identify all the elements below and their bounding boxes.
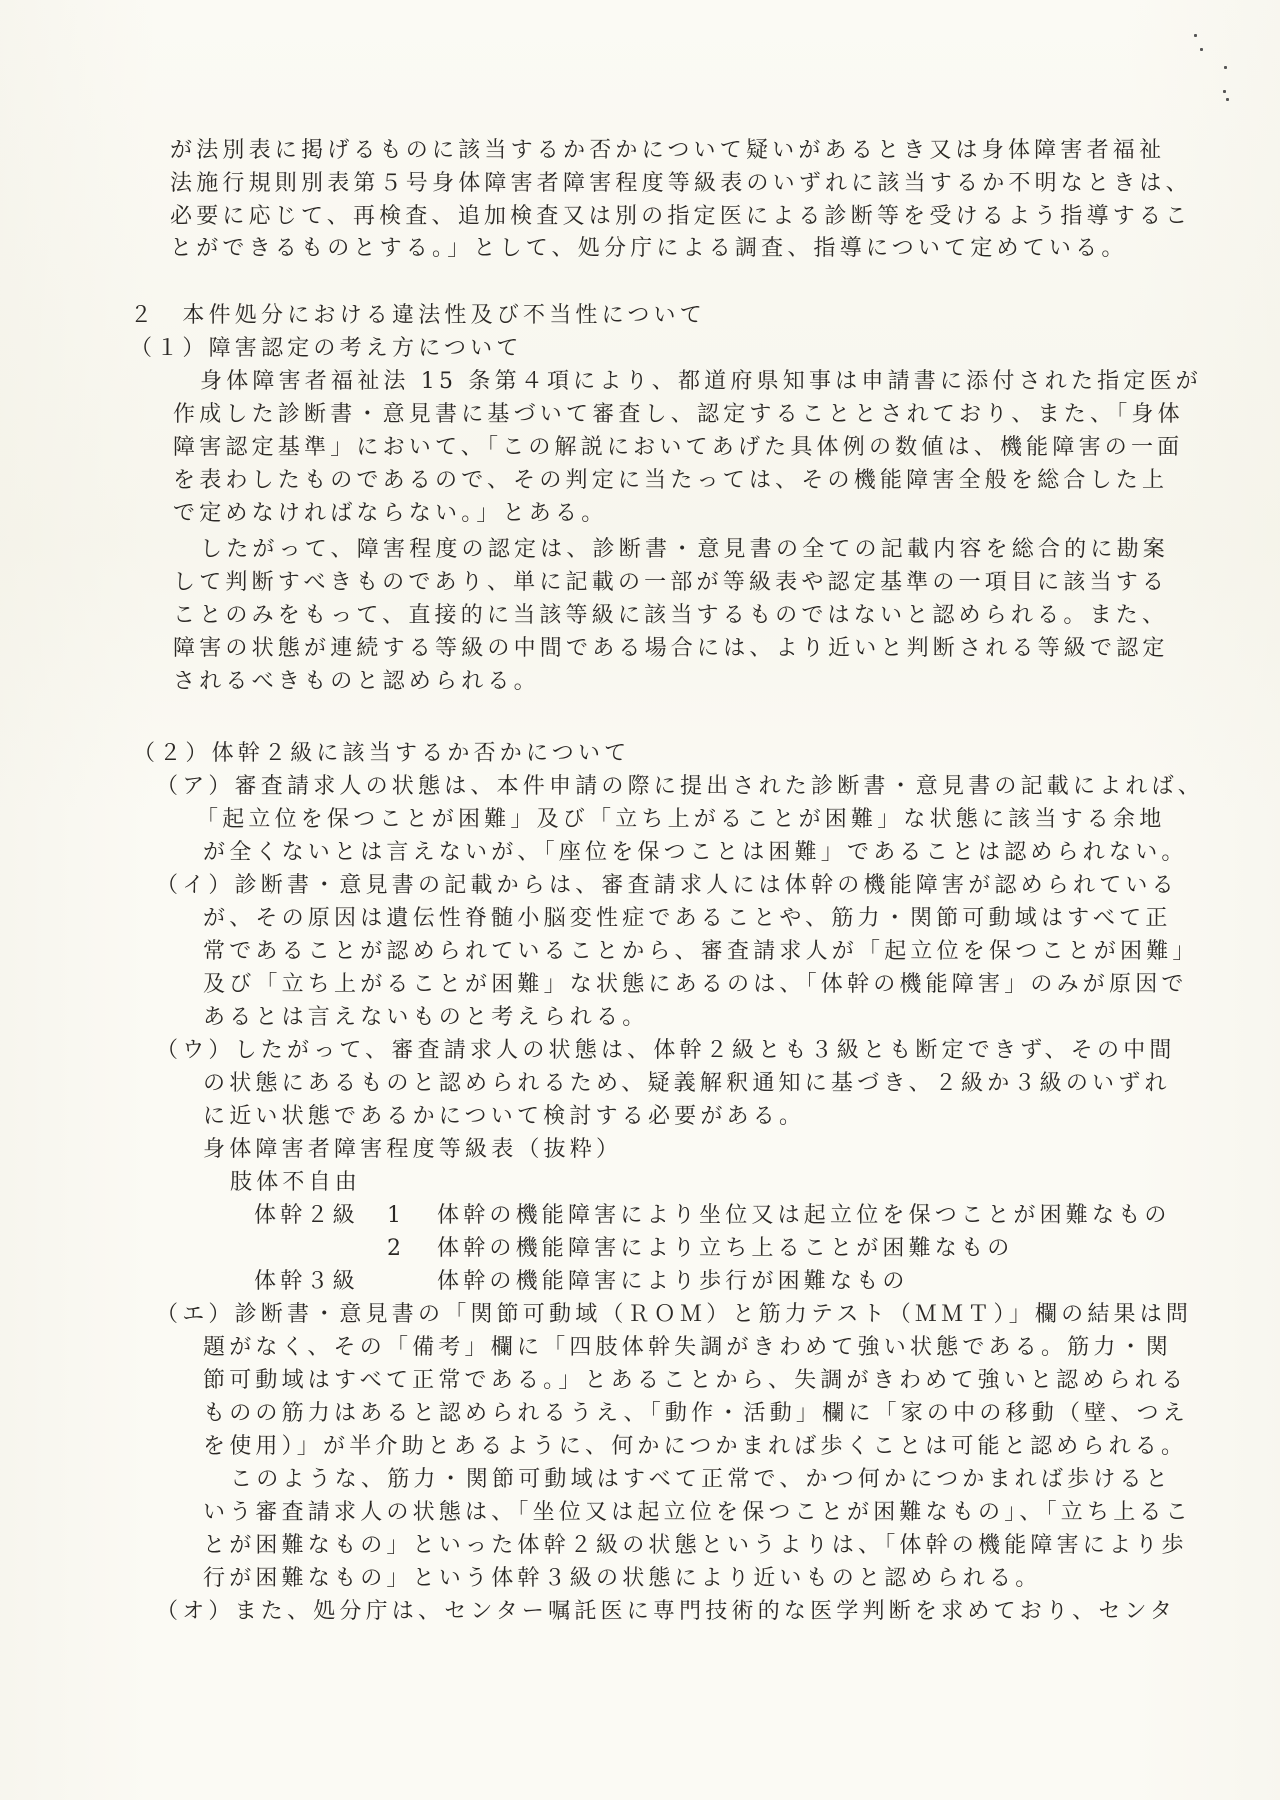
text-line: 及び「立ち上がることが困難」な状態にあるのは、「体幹の機能障害」のみが原因で: [203, 971, 1188, 999]
text-line: とが困難なもの」といった体幹２級の状態というよりは、「体幹の機能障害により歩: [203, 1532, 1188, 1560]
grade-table-title: 身体障害者障害程度等級表（抜粋）: [203, 1136, 622, 1164]
text-line: （ウ）したがって、審査請求人の状態は、体幹２級とも３級とも断定できず、その中間: [156, 1037, 1176, 1065]
speck: [1223, 90, 1226, 93]
grade-item-text: 体幹の機能障害により坐位又は起立位を保つことが困難なもの: [437, 1202, 1171, 1230]
grade-item-text: 体幹の機能障害により立ち上ることが困難なもの: [437, 1235, 1013, 1263]
text-line: で定めなければならない。」とある。: [173, 500, 607, 528]
grade-item-number: 2: [387, 1235, 405, 1263]
text-line: 身体障害者福祉法 15 条第４項により、都道府県知事は申請書に添付された指定医が: [200, 368, 1202, 396]
text-line: いう審査請求人の状態は、「坐位又は起立位を保つことが困難なもの」、「立ち上るこ: [203, 1499, 1192, 1527]
text-line: 「起立位を保つことが困難」及び「立ち上がることが困難」な状態に該当する余地: [196, 806, 1165, 834]
subsection-heading: （１）障害認定の考え方について: [130, 335, 523, 363]
text-line: 作成した診断書・意見書に基づいて審査し、認定することとされており、また、「身体: [173, 401, 1184, 429]
text-line: このような、筋力・関節可動域はすべて正常で、かつ何かにつかまれば歩けると: [230, 1466, 1172, 1494]
speck: [1194, 34, 1197, 37]
text-line: されるべきものと認められる。: [173, 668, 540, 696]
grade-table-row: 体幹３級 体幹の機能障害により歩行が困難なもの: [0, 1268, 1280, 1298]
text-line: 法施行規則別表第５号身体障害者障害程度等級表のいずれに該当するか不明なときは、: [170, 170, 1192, 198]
text-line: （オ）また、処分庁は、センター嘱託医に専門技術的な医学判断を求めており、センタ: [156, 1598, 1176, 1626]
text-line: の状態にあるものと認められるため、疑義解釈通知に基づき、２級か３級のいずれ: [203, 1070, 1171, 1098]
grade-label: 体幹３級: [254, 1268, 359, 1296]
grade-table-category: 肢体不自由: [230, 1169, 361, 1197]
text-line: 常であることが認められていることから、審査請求人が「起立位を保つことが困難」: [203, 938, 1199, 966]
grade-item-text: 体幹の機能障害により歩行が困難なもの: [437, 1268, 909, 1296]
grade-item-number: 1: [387, 1202, 405, 1230]
text-line: を表わしたものであるので、その判定に当たっては、その機能障害全般を総合した上: [173, 467, 1168, 495]
text-line: 節可動域はすべて正常である。」とあることから、失調がきわめて強いと認められる: [203, 1367, 1187, 1395]
speck: [1200, 48, 1203, 51]
text-line: 障害の状態が連続する等級の中間である場合には、より近いと判断される等級で認定: [173, 635, 1169, 663]
text-line: が全くないとは言えないが、「座位を保つことは困難」であることは認められない。: [203, 839, 1188, 867]
scan-speck-marks: [1188, 28, 1238, 108]
speck: [1224, 66, 1227, 69]
text-line: 題がなく、その「備考」欄に「四肢体幹失調がきわめて強い状態である。筋力・関: [203, 1334, 1172, 1362]
text-line: 障害認定基準」において、「この解説においてあげた具体例の数値は、機能障害の一面: [173, 434, 1183, 462]
text-line: とができるものとする。」として、処分庁による調査、指導について定めている。: [170, 235, 1128, 263]
text-line: して判断すべきものであり、単に記載の一部が等級表や認定基準の一項目に該当する: [173, 569, 1168, 597]
text-line: 必要に応じて、再検査、追加検査又は別の指定医による診断等を受けるよう指導するこ: [170, 203, 1191, 231]
grade-label: 体幹２級: [254, 1202, 359, 1230]
text-line: あるとは言えないものと考えられる。: [203, 1004, 648, 1032]
section-heading: ２ 本件処分における違法性及び不当性について: [130, 302, 706, 330]
text-line: （エ）診断書・意見書の「関節可動域（ＲＯＭ）と筋力テスト（ＭＭＴ）」欄の結果は問: [156, 1301, 1192, 1329]
text-line: が、その原因は遺伝性脊髄小脳変性症であることや、筋力・関節可動域はすべて正: [203, 905, 1172, 933]
text-line: が法別表に掲げるものに該当するか否かについて疑いがあるとき又は身体障害者福祉: [170, 137, 1165, 165]
subsection-heading: （２）体幹２級に該当するか否かについて: [133, 740, 630, 768]
text-line: を使用）」が半介助とあるように、何かにつかまれば歩くことは可能と認められる。: [203, 1433, 1187, 1461]
text-line: したがって、障害程度の認定は、診断書・意見書の全ての記載内容を総合的に勘案: [200, 536, 1169, 564]
text-line: （イ）診断書・意見書の記載からは、審査請求人には体幹の機能障害が認められている: [156, 872, 1178, 900]
text-line: ものの筋力はあると認められるうえ、「動作・活動」欄に「家の中の移動（壁、つえ: [203, 1400, 1189, 1428]
text-line: に近い状態であるかについて検討する必要がある。: [203, 1103, 805, 1131]
text-line: ことのみをもって、直接的に当該等級に該当するものではないと認められる。また、: [173, 602, 1168, 630]
text-line: （ア）審査請求人の状態は、本件申請の際に提出された診断書・意見書の記載によれば、: [156, 773, 1204, 801]
text-line: 行が困難なもの」という体幹３級の状態により近いものと認められる。: [203, 1565, 1041, 1593]
grade-table-row: 体幹２級 1 体幹の機能障害により坐位又は起立位を保つことが困難なもの: [0, 1202, 1280, 1232]
grade-table-row: 2 体幹の機能障害により立ち上ることが困難なもの: [0, 1235, 1280, 1265]
paper-background: [0, 0, 1280, 1800]
speck: [1226, 98, 1229, 101]
